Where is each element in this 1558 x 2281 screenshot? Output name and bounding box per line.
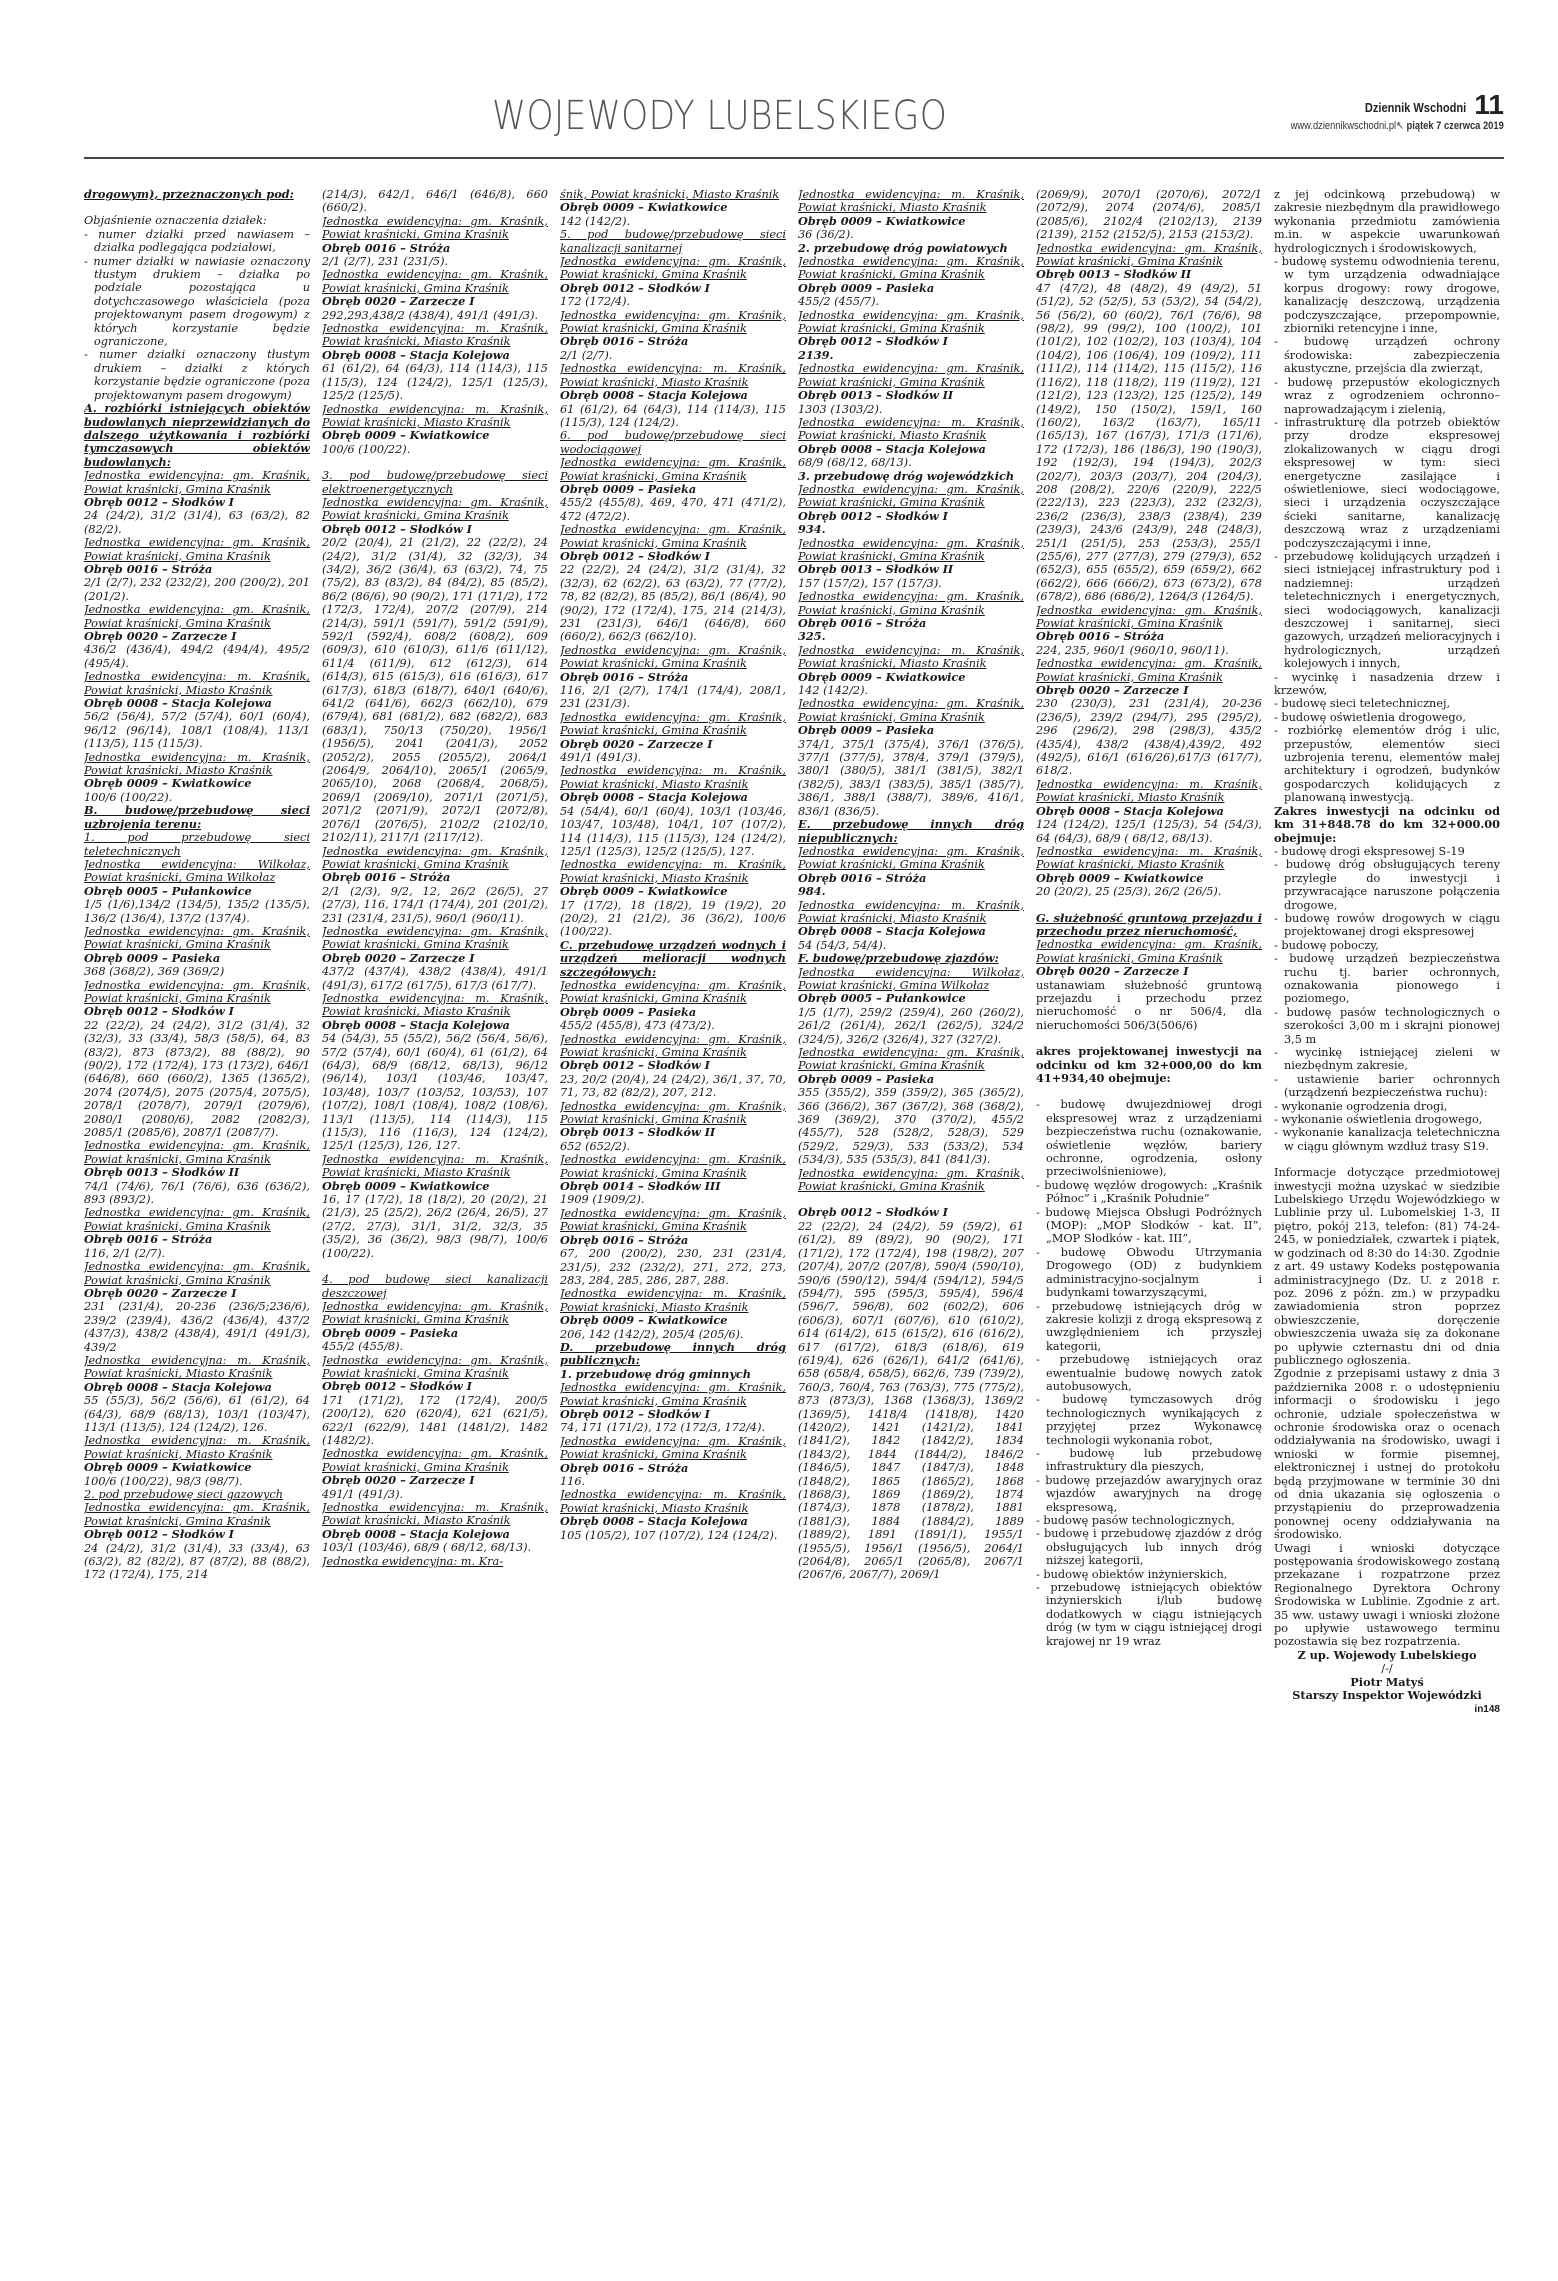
- precinct-name: Obręb 0012 – Słodków I: [560, 1408, 786, 1421]
- parcel-list: 142 (142/2).: [798, 684, 1024, 697]
- registry-unit: Jednostka ewidencyjna: gm. Kraśnik, Powi…: [560, 1381, 786, 1408]
- precinct-name: Obręb 0013 – Słodków II: [560, 1126, 786, 1139]
- column-1: drogowym), przeznaczonych pod:Objaśnieni…: [84, 188, 310, 2248]
- registry-unit: Jednostka ewidencyjna: gm. Kraśnik, Powi…: [560, 644, 786, 671]
- precinct-name: Obręb 0005 – Pułankowice: [798, 992, 1024, 1005]
- precinct-name: Obręb 0008 – Stacja Kolejowa: [1036, 805, 1262, 818]
- parcel-list: 22 (22/2), 24 (24/2), 59 (59/2), 61 (61/…: [798, 1220, 1024, 1582]
- parcel-list: 2/1 (2/3), 9/2, 12, 26/2 (26/5), 27 (27/…: [322, 885, 548, 925]
- section-heading: drogowym), przeznaczonych pod:: [84, 188, 310, 201]
- parcel-list: 61 (61/2), 64 (64/3), 114 (114/3), 115 (…: [560, 403, 786, 430]
- parcel-list: 116.: [560, 1475, 786, 1488]
- registry-unit: Jednostka ewidencyjna: gm. Kraśnik, Powi…: [322, 845, 548, 872]
- parcel-list: 2/1 (2/7), 232 (232/2), 200 (200/2), 201…: [84, 576, 310, 603]
- bullet-item: - budowę i przebudowę zjazdów z dróg obs…: [1036, 1527, 1262, 1567]
- precinct-name: Obręb 0009 – Pasieka: [798, 282, 1024, 295]
- signature-mark: /-/: [1274, 1662, 1500, 1675]
- registry-unit: Jednostka ewidencyjna: m. Kraśnik, Powia…: [84, 1354, 310, 1381]
- column-6: z jej odcinkową przebudową) w zakresie n…: [1274, 188, 1500, 2248]
- registry-unit: Jednostka ewidencyjna: gm. Kraśnik, Powi…: [560, 1100, 786, 1127]
- paper-name: Dziennik Wschodni: [1365, 100, 1466, 115]
- registry-unit: Jednostka ewidencyjna: Wilkołaz, Powiat …: [798, 966, 1024, 993]
- precinct-name: Obręb 0012 – Słodków I: [322, 1380, 548, 1393]
- precinct-name: Obręb 0012 – Słodków I: [84, 1528, 310, 1541]
- parcel-list: 103/1 (103/46), 68/9 ( 68/12, 68/13).: [322, 1541, 548, 1554]
- registry-unit: Jednostka ewidencyjna: m. Kraśnik, Powia…: [798, 416, 1024, 443]
- precinct-name: Obręb 0013 – Słodków II: [798, 563, 1024, 576]
- bullet-item: - budowę poboczy,: [1274, 939, 1500, 952]
- registry-unit: Jednostka ewidencyjna: gm. Kraśnik, Powi…: [322, 268, 548, 295]
- registry-unit: Jednostka ewidencyjna: m. Kraśnik, Powia…: [560, 764, 786, 791]
- registry-unit: Jednostka ewidencyjna: m. Kraśnik, Powia…: [798, 188, 1024, 215]
- section-heading: G. służebność gruntową przejazdu i przec…: [1036, 912, 1262, 939]
- scope-heading: Zakres inwestycji na odcinku od km 31+84…: [1274, 805, 1500, 845]
- parcel-list: 20/2 (20/4), 21 (21/2), 22 (22/2), 24 (2…: [322, 536, 548, 844]
- registry-unit: 5. pod budowę/przebudowę sieci kanalizac…: [560, 228, 786, 255]
- registry-unit: Jednostka ewidencyjna: gm. Kraśnik, Powi…: [322, 215, 548, 242]
- signature-line: Z up. Wojewody Lubelskiego: [1274, 1649, 1500, 1662]
- bullet-item: - budowę sieci teletechnicznej,: [1274, 697, 1500, 710]
- registry-unit: Jednostka ewidencyjna: gm. Kraśnik, Powi…: [84, 1139, 310, 1166]
- precinct-name: Obręb 0012 – Słodków I: [798, 335, 1024, 348]
- registry-unit: Jednostka ewidencyjna: gm. Kraśnik, Powi…: [560, 1435, 786, 1462]
- parcel-list: 22 (22/2), 24 (24/2), 31/2 (31/4), 32 (3…: [560, 563, 786, 643]
- registry-unit: Jednostka ewidencyjna: gm. Kraśnik, Powi…: [560, 979, 786, 1006]
- parcel-list: 491/1 (491/3).: [322, 1488, 548, 1501]
- parcel-list: 142 (142/2).: [560, 215, 786, 228]
- parcel-list: 17 (17/2), 18 (18/2), 19 (19/2), 20 (20/…: [560, 899, 786, 939]
- parcel-list: 1/5 (1/7), 259/2 (259/4), 260 (260/2), 2…: [798, 1006, 1024, 1046]
- body-text: - wycinkę i nasadzenia drzew i krzewów,: [1274, 671, 1500, 698]
- parcel-list: 1/5 (1/6),134/2 (134/5), 135/2 (135/5), …: [84, 898, 310, 925]
- bullet-item: - budowę urządzeń ochrony środowiska: za…: [1274, 335, 1500, 375]
- parcel-list: 1303 (1303/2).: [798, 403, 1024, 416]
- legend-item: - numer działki przed nawiasem – działka…: [84, 228, 310, 255]
- precinct-name: 2139.: [798, 349, 1024, 362]
- bullet-item: - budowę tymczasowych dróg technologiczn…: [1036, 1393, 1262, 1447]
- parcel-list: 105 (105/2), 107 (107/2), 124 (124/2).: [560, 1529, 786, 1542]
- spacer: [1036, 1085, 1262, 1098]
- parcel-list: 206, 142 (142/2), 205/4 (205/6).: [560, 1328, 786, 1341]
- parcel-list: 224, 235, 960/1 (960/10, 960/11).: [1036, 644, 1262, 657]
- registry-unit: Jednostka ewidencyjna: m. Kraśnik, Powia…: [560, 362, 786, 389]
- section-heading: D. przebudowę innych dróg publicznych:: [560, 1341, 786, 1368]
- registry-unit: Jednostka ewidencyjna: m. Kraśnik, Powia…: [798, 644, 1024, 671]
- parcel-list: 124 (124/2), 125/1 (125/3), 54 (54/3), 6…: [1036, 818, 1262, 845]
- bullet-item: - ustawienie barier ochronnych (urządzen…: [1274, 1073, 1500, 1100]
- registry-unit: Jednostka ewidencyjna: gm. Kraśnik, Powi…: [798, 483, 1024, 510]
- bullet-item: - przebudowę kolidujących urządzeń i sie…: [1274, 550, 1500, 671]
- spacer: [322, 1260, 548, 1273]
- body-text: Informacje dotyczące przedmiotowej inwes…: [1274, 1166, 1500, 1367]
- precinct-name: Obręb 0009 – Pasieka: [798, 1073, 1024, 1086]
- registry-unit: 4. pod budowę sieci kanalizacji deszczow…: [322, 1273, 548, 1300]
- parcel-list: 2/1 (2/7).: [560, 349, 786, 362]
- precinct-name: 2. przebudowę dróg powiatowych: [798, 242, 1024, 255]
- body-text: z jej odcinkową przebudową) w zakresie n…: [1274, 188, 1500, 255]
- precinct-name: Obręb 0008 – Stacja Kolejowa: [322, 1528, 548, 1541]
- header-rule: [84, 157, 1504, 159]
- parcel-list: 67, 200 (200/2), 230, 231 (231/4, 231/5)…: [560, 1247, 786, 1287]
- precinct-name: Obręb 0020 – Zarzecze I: [1036, 684, 1262, 697]
- precinct-name: Obręb 0008 – Stacja Kolejowa: [322, 1019, 548, 1032]
- section-heading: B. budowę/przebudowę sieci uzbrojenia te…: [84, 804, 310, 831]
- bullet-item: - rozbiórkę elementów dróg i ulic, przep…: [1274, 724, 1500, 804]
- bullet-item: - budowę oświetlenia drogowego,: [1274, 711, 1500, 724]
- bullet-item: - budowę Miejsca Obsługi Podróżnych (MOP…: [1036, 1206, 1262, 1246]
- bullet-item: - budowę rowów drogowych w ciągu projekt…: [1274, 912, 1500, 939]
- precinct-name: Obręb 0009 – Kwiatkowice: [84, 1461, 310, 1474]
- parcel-list: 230 (230/3), 231 (231/4), 20-236 (236/5)…: [1036, 697, 1262, 777]
- bullet-item: - budowę pasów technologicznych,: [1036, 1514, 1262, 1527]
- registry-unit: Jednostka ewidencyjna: gm. Kraśnik, Powi…: [1036, 938, 1262, 965]
- registry-unit: Jednostka ewidencyjna: gm. Kraśnik, Powi…: [560, 1033, 786, 1060]
- precinct-name: Obręb 0012 – Słodków I: [84, 1005, 310, 1018]
- spacer: [1036, 899, 1262, 912]
- article-columns: drogowym), przeznaczonych pod:Objaśnieni…: [84, 188, 1504, 2248]
- precinct-name: Obręb 0009 – Kwiatkowice: [560, 885, 786, 898]
- bullet-item: - przebudowę istniejących dróg w zakresi…: [1036, 1300, 1262, 1354]
- registry-unit: Jednostka ewidencyjna: gm. Kraśnik, Powi…: [798, 362, 1024, 389]
- column-2: (214/3), 642/1, 646/1 (646/8), 660 (660/…: [322, 188, 548, 2248]
- parcel-list: 36 (36/2).: [798, 228, 1024, 241]
- paper-subline: www.dziennikwschodni.pl↖ piątek 7 czerwc…: [1291, 119, 1504, 132]
- registry-unit: Jednostka ewidencyjna: gm. Kraśnik, Powi…: [1036, 657, 1262, 684]
- registry-unit: Jednostka ewidencyjna: m. Kraśnik, Powia…: [84, 1434, 310, 1461]
- bullet-item: - budowę dróg obsługujących tereny przyl…: [1274, 858, 1500, 912]
- parcel-list: 455/2 (455/7).: [798, 295, 1024, 308]
- registry-unit: Jednostka ewidencyjna: m. Kraśnik, Powia…: [322, 1153, 548, 1180]
- precinct-name: 934.: [798, 523, 1024, 536]
- parcel-list: 100/6 (100/22), 98/3 (98/7).: [84, 1475, 310, 1488]
- registry-unit: Jednostka ewidencyjna: gm. Kraśnik, Powi…: [798, 255, 1024, 282]
- precinct-name: Obręb 0013 – Słodków II: [1036, 268, 1262, 281]
- registry-unit: Jednostka ewidencyjna: gm. Kraśnik, Powi…: [84, 1260, 310, 1287]
- precinct-name: Obręb 0016 – Stróża: [1036, 630, 1262, 643]
- registry-unit: Jednostka ewidencyjna: m. Kraśnik, Powia…: [560, 1488, 786, 1515]
- bullet-item: - budowę pasów technologicznych o szerok…: [1274, 1006, 1500, 1046]
- parcel-list: 1909 (1909/2).: [560, 1193, 786, 1206]
- precinct-name: Obręb 0009 – Kwiatkowice: [560, 1314, 786, 1327]
- spacer: [322, 456, 548, 469]
- registry-unit: Jednostka ewidencyjna: gm. Kraśnik, Powi…: [84, 469, 310, 496]
- website-link[interactable]: www.dziennikwschodni.pl: [1291, 120, 1397, 132]
- cursor-icon: ↖: [1396, 120, 1404, 132]
- registry-unit: Jednostka ewidencyjna: m. Kraśnik, Powia…: [322, 322, 548, 349]
- registry-unit: Jednostka ewidencyjna: gm. Kraśnik, Powi…: [798, 590, 1024, 617]
- legend-item: - numer działki oznaczony tłustym drukie…: [84, 348, 310, 402]
- scope-heading: akres projektowanej inwestycji na odcink…: [1036, 1045, 1262, 1085]
- registry-unit: Jednostka ewidencyjna: gm. Kraśnik, Powi…: [322, 1447, 548, 1474]
- parcel-list: 54 (54/4), 60/1 (60/4), 103/1 (103/46, 1…: [560, 805, 786, 859]
- precinct-name: Obręb 0009 – Kwiatkowice: [322, 1180, 548, 1193]
- precinct-name: Obręb 0012 – Słodków I: [84, 496, 310, 509]
- parcel-list: 355 (355/2), 359 (359/2), 365 (365/2), 3…: [798, 1086, 1024, 1166]
- precinct-name: 984.: [798, 885, 1024, 898]
- registry-unit: Jednostka ewidencyjna: gm. Kraśnik, Powi…: [84, 603, 310, 630]
- paper-info: Dziennik Wschodni 11 www.dziennikwschodn…: [1253, 94, 1504, 132]
- bullet-item: - budowę drogi ekspresowej S-19: [1274, 845, 1500, 858]
- precinct-name: Obręb 0009 – Kwiatkowice: [322, 429, 548, 442]
- parcel-list: 68/9 (68/12, 68/13).: [798, 456, 1024, 469]
- section-heading: C. przebudowę urządzeń wodnych i urządze…: [560, 939, 786, 979]
- precinct-name: Obręb 0009 – Kwiatkowice: [560, 201, 786, 214]
- section-heading: E. przebudowę innych dróg niepublicznych…: [798, 818, 1024, 845]
- parcel-list: 24 (24/2), 31/2 (31/4), 63 (63/2), 82 (8…: [84, 509, 310, 536]
- body-text: ustanawiam służebność gruntową przejazdu…: [1036, 979, 1262, 1033]
- registry-unit: 2. pod przebudowę sieci gazowych: [84, 1488, 310, 1501]
- parcel-list: 24 (24/2), 31/2 (31/4), 33 (33/4), 63 (6…: [84, 1542, 310, 1582]
- precinct-name: Obręb 0009 – Kwiatkowice: [1036, 872, 1262, 885]
- registry-unit: Jednostka ewidencyjna: gm. Kraśnik, Powi…: [322, 496, 548, 523]
- registry-unit: Jednostka ewidencyjna: gm. Kraśnik, Powi…: [322, 1354, 548, 1381]
- precinct-name: Obręb 0008 – Stacja Kolejowa: [560, 389, 786, 402]
- parcel-list: 100/6 (100/22).: [322, 443, 548, 456]
- body-text: Zgodnie z przepisami ustawy z dnia 3 paź…: [1274, 1367, 1500, 1541]
- parcel-list: 20 (20/2), 25 (25/3), 26/2 (26/5).: [1036, 885, 1262, 898]
- precinct-name: Obręb 0009 – Kwiatkowice: [84, 777, 310, 790]
- precinct-name: Obręb 0016 – Stróża: [84, 563, 310, 576]
- parcel-list: 100/6 (100/22).: [84, 791, 310, 804]
- registry-unit: Jednostka ewidencyjna: m. Kraśnik, Powia…: [84, 670, 310, 697]
- parcel-list: 231 (231/4), 20-236 (236/5;236/6), 239/2…: [84, 1300, 310, 1354]
- column-4: Jednostka ewidencyjna: m. Kraśnik, Powia…: [798, 188, 1024, 2248]
- legend-item: - numer działki w nawiasie oznaczony tłu…: [84, 255, 310, 349]
- parcel-list: 74, 171 (171/2), 172 (172/3, 172/4).: [560, 1421, 786, 1434]
- precinct-name: 325.: [798, 630, 1024, 643]
- registry-unit: Jednostka ewidencyjna: gm. Kraśnik, Powi…: [560, 523, 786, 550]
- precinct-name: Obręb 0016 – Stróża: [84, 1233, 310, 1246]
- registry-unit: Jednostka ewidencyjna: gm. Kraśnik, Powi…: [798, 309, 1024, 336]
- parcel-list: 22 (22/2), 24 (24/2), 31/2 (31/4), 32 (3…: [84, 1019, 310, 1140]
- parcel-list: 455/2 (455/8).: [322, 1340, 548, 1353]
- registry-unit: Jednostka ewidencyjna: m. Kraśnik, Powia…: [322, 403, 548, 430]
- precinct-name: Obręb 0016 – Stróża: [560, 1234, 786, 1247]
- precinct-name: Obręb 0016 – Stróża: [560, 671, 786, 684]
- precinct-name: 1. przebudowę dróg gminnych: [560, 1368, 786, 1381]
- registry-unit: Jednostka ewidencyjna: gm. Kraśnik, Powi…: [560, 711, 786, 738]
- section-heading: F. budowę/przebudowę zjazdów:: [798, 952, 1024, 965]
- bullet-item: - budowę lub przebudowę infrastruktury d…: [1036, 1447, 1262, 1474]
- registry-unit: Jednostka ewidencyjna: m. Kraśnik, Powia…: [322, 1501, 548, 1528]
- precinct-name: Obręb 0005 – Pułankowice: [84, 885, 310, 898]
- spacer: [1274, 1153, 1500, 1166]
- precinct-name: Obręb 0012 – Słodków I: [798, 1206, 1024, 1219]
- registry-unit: Jednostka ewidencyjna: gm. Kraśnik, Powi…: [798, 1046, 1024, 1073]
- precinct-name: Obręb 0008 – Stacja Kolejowa: [322, 349, 548, 362]
- registry-unit: Jednostka ewidencyjna: gm. Kraśnik, Powi…: [1036, 242, 1262, 269]
- spacer: [84, 201, 310, 214]
- parcel-list: 56/2 (56/4), 57/2 (57/4), 60/1 (60/4), 9…: [84, 710, 310, 750]
- registry-unit: Jednostka ewidencyjna: gm. Kraśnik, Powi…: [798, 697, 1024, 724]
- registry-unit: Jednostka ewidencyjna: gm. Kraśnik, Powi…: [84, 1206, 310, 1233]
- bullet-item: - przebudowę istniejących obiektów inżyn…: [1036, 1581, 1262, 1648]
- registry-unit: Jednostka ewidencyjna: gm. Kraśnik, Powi…: [84, 1501, 310, 1528]
- parcel-list: 16, 17 (17/2), 18 (18/2), 20 (20/2), 21 …: [322, 1193, 548, 1260]
- registry-unit: Jednostka ewidencyjna: m. Kraśnik, Powia…: [322, 992, 548, 1019]
- precinct-name: Obręb 0020 – Zarzecze I: [322, 1474, 548, 1487]
- precinct-name: Obręb 0009 – Pasieka: [798, 724, 1024, 737]
- bullet-item: - budowę urządzeń bezpieczeństwa ruchu t…: [1274, 952, 1500, 1006]
- registry-unit: Jednostka ewidencyjna: gm. Kraśnik, Powi…: [798, 845, 1024, 872]
- bullet-item: - wykonanie ogrodzenia drogi,: [1274, 1100, 1500, 1113]
- parcel-list: 455/2 (455/8), 473 (473/2).: [560, 1019, 786, 1032]
- parcel-list: 491/1 (491/3).: [560, 751, 786, 764]
- column-3: śnik, Powiat kraśnicki, Miasto KraśnikOb…: [560, 188, 786, 2248]
- column-5: (2069/9), 2070/1 (2070/6), 2072/1 (2072/…: [1036, 188, 1262, 2248]
- precinct-name: Obręb 0008 – Stacja Kolejowa: [560, 791, 786, 804]
- precinct-name: Obręb 0016 – Stróża: [560, 1462, 786, 1475]
- parcel-list: 157 (157/2), 157 (157/3).: [798, 577, 1024, 590]
- bullet-item: - budowę przejazdów awaryjnych oraz wjaz…: [1036, 1474, 1262, 1514]
- registry-unit: Jednostka ewidencyjna: gm. Kraśnik, Powi…: [322, 1300, 548, 1327]
- parcel-list: 47 (47/2), 48 (48/2), 49 (49/2), 51 (51/…: [1036, 282, 1262, 604]
- parcel-list: 171 (171/2), 172 (172/4), 200/5 (200/12)…: [322, 1394, 548, 1448]
- parcel-list: 652 (652/2).: [560, 1140, 786, 1153]
- precinct-name: Obręb 0009 – Kwiatkowice: [798, 671, 1024, 684]
- parcel-list: 172 (172/4).: [560, 295, 786, 308]
- precinct-name: Obręb 0009 – Kwiatkowice: [798, 215, 1024, 228]
- registry-unit: Jednostka ewidencyjna: gm. Kraśnik, Powi…: [1036, 604, 1262, 631]
- parcel-list: 54 (54/3, 54/4).: [798, 939, 1024, 952]
- bullet-item: - przebudowę istniejących oraz ewentualn…: [1036, 1353, 1262, 1393]
- precinct-name: Obręb 0014 – Słodków III: [560, 1180, 786, 1193]
- registry-unit: Jednostka ewidencyjna: m. Kraśnik, Powia…: [1036, 845, 1262, 872]
- precinct-name: Obręb 0012 – Słodków I: [560, 550, 786, 563]
- bullet-item: - budowę dwujezdniowej drogi ekspresowej…: [1036, 1098, 1262, 1178]
- registry-unit: Jednostka ewidencyjna: Wilkołaz, Powiat …: [84, 858, 310, 885]
- parcel-list: 436/2 (436/4), 494/2 (494/4), 495/2 (495…: [84, 643, 310, 670]
- parcel-list: 116, 2/1 (2/7), 174/1 (174/4), 208/1, 23…: [560, 684, 786, 711]
- precinct-name: Obręb 0012 – Słodków I: [560, 1059, 786, 1072]
- signature-line: Starszy Inspektor Wojewódzki: [1274, 1689, 1500, 1702]
- registry-unit: Jednostka ewidencyjna: gm. Kraśnik, Powi…: [84, 979, 310, 1006]
- precinct-name: Obręb 0020 – Zarzecze I: [560, 738, 786, 751]
- precinct-name: Obręb 0016 – Stróża: [322, 242, 548, 255]
- precinct-name: Obręb 0012 – Słodków I: [798, 510, 1024, 523]
- registry-unit: Jednostka ewidencyjna: m. Kraśnik, Powia…: [560, 858, 786, 885]
- registry-unit: Jednostka ewidencyjna: gm. Kraśnik, Powi…: [84, 536, 310, 563]
- parcel-list: (214/3), 642/1, 646/1 (646/8), 660 (660/…: [322, 188, 548, 215]
- precinct-name: Obręb 0008 – Stacja Kolejowa: [798, 443, 1024, 456]
- parcel-list: (2069/9), 2070/1 (2070/6), 2072/1 (2072/…: [1036, 188, 1262, 242]
- parcel-list: 437/2 (437/4), 438/2 (438/4), 491/1 (491…: [322, 965, 548, 992]
- registry-unit: śnik, Powiat kraśnicki, Miasto Kraśnik: [560, 188, 786, 201]
- registry-unit: 3. pod budowę/przebudowę sieci elektroen…: [322, 469, 548, 496]
- registry-unit: Jednostka ewidencyjna: gm. Kraśnik, Powi…: [560, 1207, 786, 1234]
- precinct-name: Obręb 0020 – Zarzecze I: [322, 952, 548, 965]
- registry-unit: Jednostka ewidencyjna: m. Kraśnik, Powia…: [798, 899, 1024, 926]
- parcel-list: 54 (54/3), 55 (55/2), 56/2 (56/4, 56/6),…: [322, 1032, 548, 1153]
- registry-unit: Jednostka ewidencyjna: gm. Kraśnik, Powi…: [560, 309, 786, 336]
- parcel-list: 116, 2/1 (2/7).: [84, 1247, 310, 1260]
- bullet-item: - wykonanie oświetlenia drogowego,: [1274, 1113, 1500, 1126]
- registry-unit: 6. pod budowę/przebudowę sieci wodociągo…: [560, 429, 786, 456]
- registry-unit: Jednostka ewidencyjna: gm. Kraśnik, Powi…: [322, 925, 548, 952]
- registry-unit: Jednostka ewidencyjna: gm. Kraśnik, Powi…: [84, 925, 310, 952]
- parcel-list: 61 (61/2), 64 (64/3), 114 (114/3), 115 (…: [322, 362, 548, 402]
- ad-code: in148: [1274, 1703, 1500, 1716]
- precinct-name: Obręb 0013 – Słodków II: [798, 389, 1024, 402]
- registry-unit: Jednostka ewidencyjna: m. Kraśnik, Powia…: [84, 751, 310, 778]
- bullet-item: - budowę obiektów inżynierskich,: [1036, 1568, 1262, 1581]
- parcel-list: 368 (368/2), 369 (369/2): [84, 965, 310, 978]
- bullet-item: - budowę przepustów ekologicznych wraz z…: [1274, 376, 1500, 416]
- registry-unit: Jednostka ewidencyjna: gm. Kraśnik, Powi…: [798, 1167, 1024, 1194]
- precinct-name: Obręb 0016 – Stróża: [798, 617, 1024, 630]
- precinct-name: Obręb 0016 – Stróża: [560, 335, 786, 348]
- precinct-name: Obręb 0008 – Stacja Kolejowa: [84, 1381, 310, 1394]
- bullet-item: - budowę węzłów drogowych: „Kraśnik Półn…: [1036, 1179, 1262, 1206]
- precinct-name: Obręb 0009 – Pasieka: [560, 1006, 786, 1019]
- bullet-item: - budowę systemu odwodnienia terenu, w t…: [1274, 255, 1500, 335]
- precinct-name: Obręb 0012 – Słodków I: [322, 523, 548, 536]
- registry-unit: Jednostka ewidencyjna: gm. Kraśnik, Powi…: [560, 456, 786, 483]
- bullet-item: - infrastrukturę dla potrzeb obiektów pr…: [1274, 416, 1500, 550]
- registry-unit: Jednostka ewidencyjna: m. Kraśnik, Powia…: [1036, 778, 1262, 805]
- parcel-list: 2/1 (2/7), 231 (231/5).: [322, 255, 548, 268]
- parcel-list: 374/1, 375/1 (375/4), 376/1 (376/5), 377…: [798, 738, 1024, 818]
- precinct-name: Obręb 0008 – Stacja Kolejowa: [84, 697, 310, 710]
- precinct-name: Obręb 0009 – Pasieka: [560, 483, 786, 496]
- registry-unit: Jednostka ewidencyjna: gm. Kraśnik, Powi…: [798, 537, 1024, 564]
- issue-date: piątek 7 czerwca 2019: [1407, 120, 1504, 132]
- precinct-name: Obręb 0016 – Stróża: [798, 872, 1024, 885]
- registry-unit: Jednostka ewidencyjna: gm. Kraśnik, Powi…: [560, 255, 786, 282]
- body-text: Uwagi i wnioski dotyczące postępowania ś…: [1274, 1542, 1500, 1649]
- precinct-name: Obręb 0008 – Stacja Kolejowa: [798, 925, 1024, 938]
- precinct-name: Obręb 0009 – Pasieka: [322, 1327, 548, 1340]
- bullet-item: - wykonanie kanalizacja teletechniczna w…: [1274, 1126, 1500, 1153]
- section-title: WOJEWODY LUBELSKIEGO: [492, 92, 947, 140]
- registry-unit: 1. pod przebudowę sieci teletechnicznych: [84, 831, 310, 858]
- parcel-list: 74/1 (74/6), 76/1 (76/6), 636 (636/2), 8…: [84, 1180, 310, 1207]
- precinct-name: Obręb 0016 – Stróża: [322, 871, 548, 884]
- precinct-name: Obręb 0012 – Słodków I: [560, 282, 786, 295]
- precinct-name: Obręb 0020 – Zarzecze I: [322, 295, 548, 308]
- precinct-name: Obręb 0013 – Słodków II: [84, 1166, 310, 1179]
- precinct-name: Obręb 0020 – Zarzecze I: [84, 1287, 310, 1300]
- registry-unit: Jednostka ewidencyjna: m. Kra-: [322, 1555, 548, 1568]
- precinct-name: Obręb 0020 – Zarzecze I: [1036, 965, 1262, 978]
- parcel-list: 23, 20/2 (20/4), 24 (24/2), 36/1, 37, 70…: [560, 1073, 786, 1100]
- bullet-item: - wycinkę istniejącej zieleni w niezbędn…: [1274, 1046, 1500, 1073]
- parcel-list: 455/2 (455/8), 469, 470, 471 (471/2), 47…: [560, 496, 786, 523]
- precinct-name: Obręb 0020 – Zarzecze I: [84, 630, 310, 643]
- precinct-name: Obręb 0008 – Stacja Kolejowa: [560, 1515, 786, 1528]
- precinct-name: 3. przebudowę dróg wojewódzkich: [798, 470, 1024, 483]
- legend-title: Objaśnienie oznaczenia działek:: [84, 214, 310, 227]
- masthead: WOJEWODY LUBELSKIEGO Dziennik Wschodni 1…: [84, 92, 1504, 144]
- section-heading: A. rozbiórki istniejących obiektów budow…: [84, 402, 310, 469]
- precinct-name: Obręb 0009 – Pasieka: [84, 952, 310, 965]
- signature-line: Piotr Matyś: [1274, 1676, 1500, 1689]
- registry-unit: Jednostka ewidencyjna: m. Kraśnik, Powia…: [560, 1287, 786, 1314]
- parcel-list: 292,293,438/2 (438/4), 491/1 (491/3).: [322, 309, 548, 322]
- page-number: 11: [1474, 89, 1504, 120]
- bullet-item: - budowę Obwodu Utrzymania Drogowego (OD…: [1036, 1246, 1262, 1300]
- parcel-list: 55 (55/3), 56/2 (56/6), 61 (61/2), 64 (6…: [84, 1394, 310, 1434]
- registry-unit: Jednostka ewidencyjna: gm. Kraśnik, Powi…: [560, 1153, 786, 1180]
